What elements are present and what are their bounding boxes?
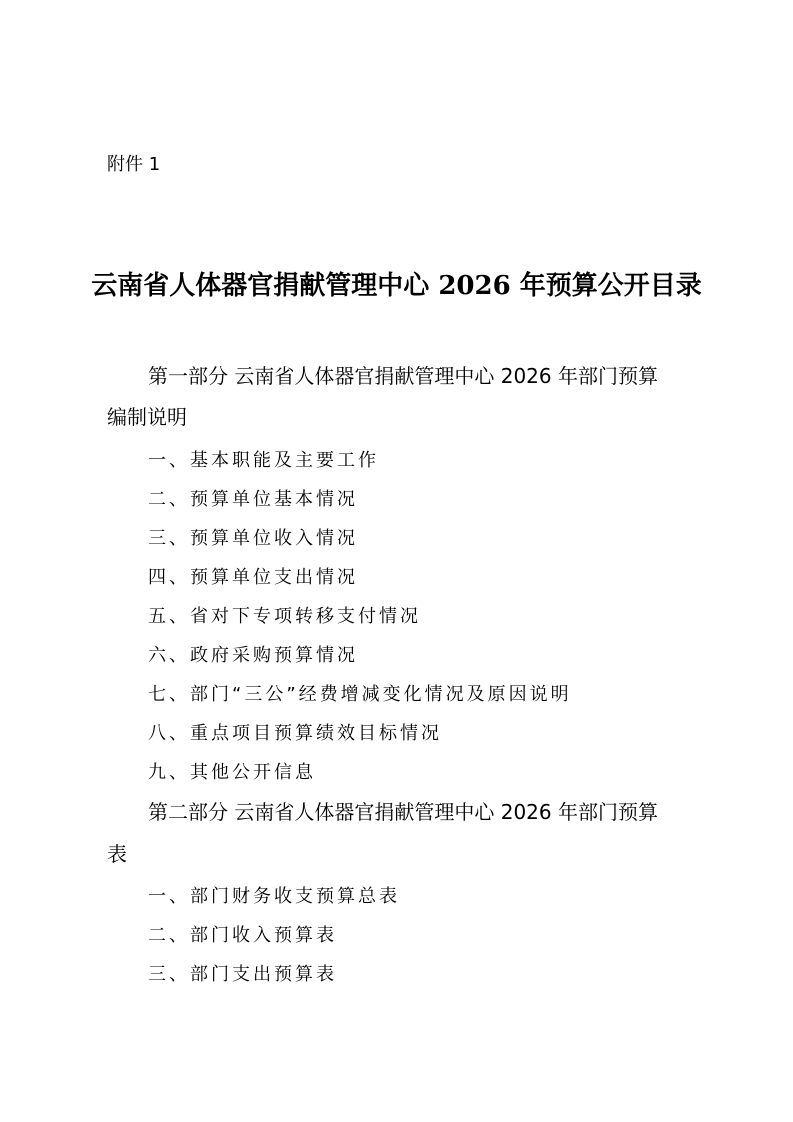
toc-item: 三、部门支出预算表 xyxy=(148,960,337,986)
toc-item: 九、其他公开信息 xyxy=(148,758,316,784)
document-title: 云南省人体器官捐献管理中心 2026 年预算公开目录 xyxy=(0,265,793,302)
toc-item: 一、基本职能及主要工作 xyxy=(148,446,379,472)
toc-item: 六、政府采购预算情况 xyxy=(148,641,358,667)
part1-heading-continued: 编制说明 xyxy=(107,401,187,430)
part1-heading: 第一部分 云南省人体器官捐献管理中心 2026 年部门预算 xyxy=(148,360,658,389)
toc-item: 七、部门“三公”经费增减变化情况及原因说明 xyxy=(148,680,572,706)
attachment-label: 附件 1 xyxy=(107,150,160,176)
part2-heading: 第二部分 云南省人体器官捐献管理中心 2026 年部门预算 xyxy=(148,796,658,825)
part2-heading-continued: 表 xyxy=(107,838,127,867)
toc-item: 八、重点项目预算绩效目标情况 xyxy=(148,719,442,745)
toc-item: 一、部门财务收支预算总表 xyxy=(148,882,400,908)
toc-item: 五、省对下专项转移支付情况 xyxy=(148,602,421,628)
toc-item: 二、部门收入预算表 xyxy=(148,921,337,947)
toc-item: 三、预算单位收入情况 xyxy=(148,524,358,550)
toc-item: 二、预算单位基本情况 xyxy=(148,485,358,511)
toc-item: 四、预算单位支出情况 xyxy=(148,563,358,589)
